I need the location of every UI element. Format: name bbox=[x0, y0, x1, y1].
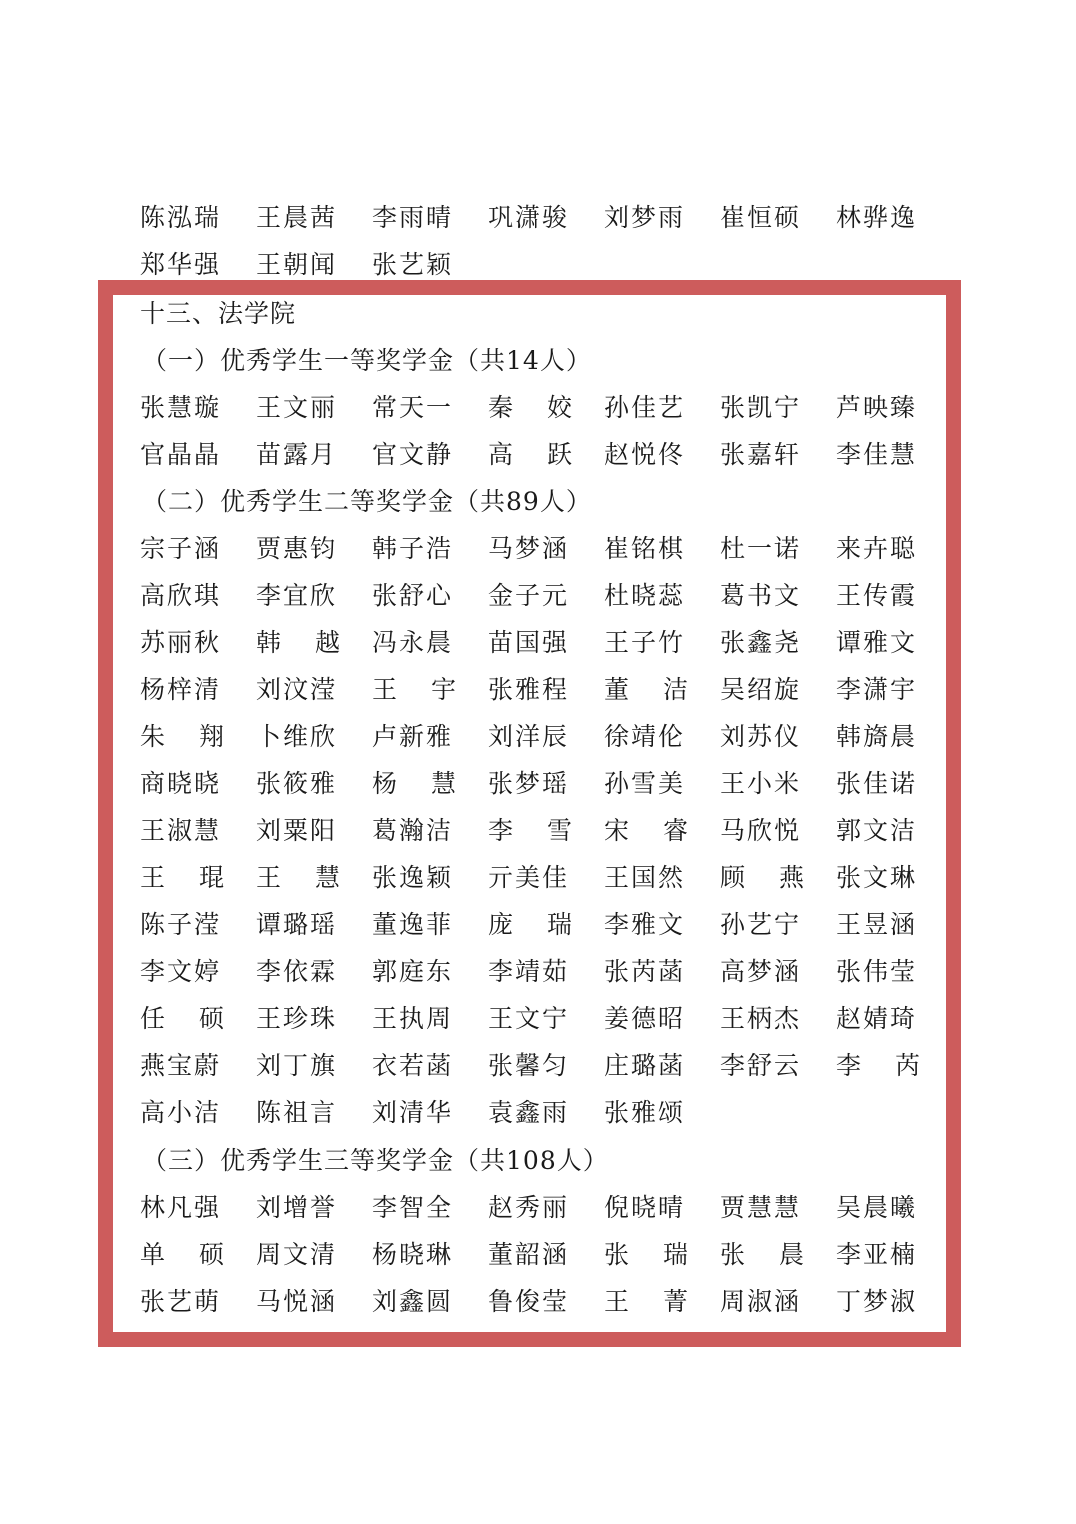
student-name: 卜维欣 bbox=[256, 713, 372, 760]
third-prize-heading: （三）优秀学生三等奖学金（共108人） bbox=[142, 1137, 609, 1184]
student-name: 刘梦雨 bbox=[604, 194, 720, 241]
name-row: 朱翔卜维欣卢新雅刘洋辰徐靖伦刘苏仪韩旖晨 bbox=[140, 713, 952, 760]
student-name: 赵婧琦 bbox=[836, 995, 952, 1042]
student-name: 张嘉轩 bbox=[720, 431, 836, 478]
name-row: 张慧璇王文丽常天一秦姣孙佳艺张凯宁芦映臻 bbox=[140, 384, 952, 431]
student-name: 郭文洁 bbox=[836, 807, 952, 854]
name-row: 宗子涵贾惠钧韩子浩马梦涵崔铭棋杜一诺来卉聪 bbox=[140, 525, 952, 572]
student-name: 苗国强 bbox=[488, 619, 604, 666]
student-name: 张馨匀 bbox=[488, 1042, 604, 1089]
student-name: 杨梓清 bbox=[140, 666, 256, 713]
student-name: 张雅程 bbox=[488, 666, 604, 713]
student-name: 王子竹 bbox=[604, 619, 720, 666]
name-row: 任硕王珍珠王执周王文宁姜德昭王柄杰赵婧琦 bbox=[140, 995, 952, 1042]
student-name: 李文婷 bbox=[140, 948, 256, 995]
first-prize-heading: （一）优秀学生一等奖学金（共14人） bbox=[142, 337, 592, 384]
student-name: 高梦涵 bbox=[720, 948, 836, 995]
student-name: 董韶涵 bbox=[488, 1231, 604, 1278]
student-name: 李佳慧 bbox=[836, 431, 952, 478]
name-row: 高欣琪李宜欣张舒心金子元杜晓蕊葛书文王传霞 bbox=[140, 572, 952, 619]
name-row: 苏丽秋韩越冯永晨苗国强王子竹张鑫尧谭雅文 bbox=[140, 619, 952, 666]
name-row: 李文婷李依霖郭庭东李靖茹张芮菡高梦涵张伟莹 bbox=[140, 948, 952, 995]
student-name: 李雪 bbox=[488, 807, 572, 854]
prev-section-row-2: 郑华强 王朝闻 张艺颖 bbox=[140, 241, 488, 288]
student-name: 崔恒硕 bbox=[720, 194, 836, 241]
student-name: 刘苏仪 bbox=[720, 713, 836, 760]
student-name: 金子元 bbox=[488, 572, 604, 619]
student-name: 丁梦淑 bbox=[836, 1278, 952, 1325]
student-name: 林凡强 bbox=[140, 1184, 256, 1231]
name-row: 单硕周文清杨晓琳董韶涵张瑞张晨李亚楠 bbox=[140, 1231, 952, 1278]
student-name: 张凯宁 bbox=[720, 384, 836, 431]
student-name: 冯永晨 bbox=[372, 619, 488, 666]
student-name: 董洁 bbox=[604, 666, 688, 713]
student-name: 葛书文 bbox=[720, 572, 836, 619]
name-row: 王淑慧刘粟阳葛瀚洁李雪宋睿马欣悦郭文洁 bbox=[140, 807, 952, 854]
name-row: 官晶晶苗露月官文静高跃赵悦佟张嘉轩李佳慧 bbox=[140, 431, 952, 478]
student-name: 张芮菡 bbox=[604, 948, 720, 995]
student-name: 秦姣 bbox=[488, 384, 572, 431]
student-name: 陈祖言 bbox=[256, 1089, 372, 1136]
student-name: 李雅文 bbox=[604, 901, 720, 948]
student-name: 李智全 bbox=[372, 1184, 488, 1231]
student-name: 苏丽秋 bbox=[140, 619, 256, 666]
student-name: 林骅逸 bbox=[836, 194, 952, 241]
name-row: 陈子滢谭璐瑶董逸菲庞瑞李雅文孙艺宁王昱涵 bbox=[140, 901, 952, 948]
student-name: 孙艺宁 bbox=[720, 901, 836, 948]
student-name: 衣若菡 bbox=[372, 1042, 488, 1089]
name-row: 燕宝蔚刘丁旗衣若菡张馨匀庄璐菡李舒云李芮 bbox=[140, 1042, 952, 1089]
student-name: 王宇 bbox=[372, 666, 456, 713]
document-page: 陈泓瑞 王晨茜 李雨晴 巩潇骏 刘梦雨 崔恒硕 林骅逸 郑华强 王朝闻 张艺颖 … bbox=[0, 0, 1076, 1524]
student-name: 郑华强 bbox=[140, 241, 256, 288]
name-row: 高小洁陈祖言刘清华袁鑫雨张雅颂 bbox=[140, 1089, 720, 1136]
student-name: 葛瀚洁 bbox=[372, 807, 488, 854]
student-name: 袁鑫雨 bbox=[488, 1089, 604, 1136]
student-name: 周淑涵 bbox=[720, 1278, 836, 1325]
student-name: 官文静 bbox=[372, 431, 488, 478]
student-name: 李芮 bbox=[836, 1042, 920, 1089]
student-name: 韩旖晨 bbox=[836, 713, 952, 760]
student-name: 李潇宇 bbox=[836, 666, 952, 713]
student-name: 卢新雅 bbox=[372, 713, 488, 760]
student-name: 官晶晶 bbox=[140, 431, 256, 478]
student-name: 宗子涵 bbox=[140, 525, 256, 572]
name-row: 杨梓清刘汶滢王宇张雅程董洁吴绍旋李潇宇 bbox=[140, 666, 952, 713]
student-name: 张慧璇 bbox=[140, 384, 256, 431]
student-name: 赵悦佟 bbox=[604, 431, 720, 478]
student-name: 王珍珠 bbox=[256, 995, 372, 1042]
student-name: 贾慧慧 bbox=[720, 1184, 836, 1231]
student-name: 王柄杰 bbox=[720, 995, 836, 1042]
student-name: 张梦瑶 bbox=[488, 760, 604, 807]
student-name: 张佳诺 bbox=[836, 760, 952, 807]
student-name: 庞瑞 bbox=[488, 901, 572, 948]
student-name: 张晨 bbox=[720, 1231, 804, 1278]
student-name: 孙雪美 bbox=[604, 760, 720, 807]
student-name: 张雅颂 bbox=[604, 1089, 720, 1136]
student-name: 李舒云 bbox=[720, 1042, 836, 1089]
student-name: 韩越 bbox=[256, 619, 340, 666]
student-name: 张舒心 bbox=[372, 572, 488, 619]
student-name: 董逸菲 bbox=[372, 901, 488, 948]
name-row: 林凡强刘增誉李智全赵秀丽倪晓晴贾慧慧吴晨曦 bbox=[140, 1184, 952, 1231]
student-name: 来卉聪 bbox=[836, 525, 952, 572]
student-name: 王文丽 bbox=[256, 384, 372, 431]
student-name: 张艺萌 bbox=[140, 1278, 256, 1325]
student-name: 韩子浩 bbox=[372, 525, 488, 572]
student-name: 张瑞 bbox=[604, 1231, 688, 1278]
student-name: 宋睿 bbox=[604, 807, 688, 854]
student-name: 王朝闻 bbox=[256, 241, 372, 288]
student-name: 马欣悦 bbox=[720, 807, 836, 854]
student-name: 王慧 bbox=[256, 854, 340, 901]
student-name: 张筱雅 bbox=[256, 760, 372, 807]
student-name: 李靖茹 bbox=[488, 948, 604, 995]
student-name: 王淑慧 bbox=[140, 807, 256, 854]
student-name: 马梦涵 bbox=[488, 525, 604, 572]
student-name: 张伟莹 bbox=[836, 948, 952, 995]
student-name: 李依霖 bbox=[256, 948, 372, 995]
student-name: 王晨茜 bbox=[256, 194, 372, 241]
name-row: 商晓晓张筱雅杨慧张梦瑶孙雪美王小米张佳诺 bbox=[140, 760, 952, 807]
student-name: 王昱涵 bbox=[836, 901, 952, 948]
student-name: 刘增誉 bbox=[256, 1184, 372, 1231]
student-name: 顾燕 bbox=[720, 854, 804, 901]
student-name: 李亚楠 bbox=[836, 1231, 952, 1278]
student-name: 商晓晓 bbox=[140, 760, 256, 807]
section-title: 十三、法学院 bbox=[140, 290, 296, 337]
student-name: 刘鑫圆 bbox=[372, 1278, 488, 1325]
student-name: 庄璐菡 bbox=[604, 1042, 720, 1089]
prev-section-row-1: 陈泓瑞 王晨茜 李雨晴 巩潇骏 刘梦雨 崔恒硕 林骅逸 bbox=[140, 194, 952, 241]
student-name: 王小米 bbox=[720, 760, 836, 807]
student-name: 崔铭棋 bbox=[604, 525, 720, 572]
student-name: 李宜欣 bbox=[256, 572, 372, 619]
student-name: 王传霞 bbox=[836, 572, 952, 619]
second-prize-heading: （二）优秀学生二等奖学金（共89人） bbox=[142, 478, 592, 525]
student-name: 杨晓琳 bbox=[372, 1231, 488, 1278]
student-name: 王文宁 bbox=[488, 995, 604, 1042]
student-name: 鲁俊莹 bbox=[488, 1278, 604, 1325]
student-name: 刘清华 bbox=[372, 1089, 488, 1136]
student-name: 张文琳 bbox=[836, 854, 952, 901]
student-name: 王菁 bbox=[604, 1278, 688, 1325]
student-name: 孙佳艺 bbox=[604, 384, 720, 431]
student-name: 张鑫尧 bbox=[720, 619, 836, 666]
student-name: 巩潇骏 bbox=[488, 194, 604, 241]
student-name: 高小洁 bbox=[140, 1089, 256, 1136]
name-row: 张艺萌马悦涵刘鑫圆鲁俊莹王菁周淑涵丁梦淑 bbox=[140, 1278, 952, 1325]
name-row: 王琨王慧张逸颖亓美佳王国然顾燕张文琳 bbox=[140, 854, 952, 901]
student-name: 陈泓瑞 bbox=[140, 194, 256, 241]
student-name: 苗露月 bbox=[256, 431, 372, 478]
student-name: 刘汶滢 bbox=[256, 666, 372, 713]
student-name: 倪晓晴 bbox=[604, 1184, 720, 1231]
student-name: 刘洋辰 bbox=[488, 713, 604, 760]
student-name: 常天一 bbox=[372, 384, 488, 431]
student-name: 张艺颖 bbox=[372, 241, 488, 288]
student-name: 谭雅文 bbox=[836, 619, 952, 666]
student-name: 李雨晴 bbox=[372, 194, 488, 241]
student-name: 王琨 bbox=[140, 854, 224, 901]
student-name: 刘丁旗 bbox=[256, 1042, 372, 1089]
student-name: 张逸颖 bbox=[372, 854, 488, 901]
student-name: 徐靖伦 bbox=[604, 713, 720, 760]
student-name: 王执周 bbox=[372, 995, 488, 1042]
student-name: 吴晨曦 bbox=[836, 1184, 952, 1231]
student-name: 赵秀丽 bbox=[488, 1184, 604, 1231]
student-name: 王国然 bbox=[604, 854, 720, 901]
student-name: 杜晓蕊 bbox=[604, 572, 720, 619]
student-name: 刘粟阳 bbox=[256, 807, 372, 854]
student-name: 周文清 bbox=[256, 1231, 372, 1278]
student-name: 朱翔 bbox=[140, 713, 224, 760]
student-name: 马悦涵 bbox=[256, 1278, 372, 1325]
student-name: 芦映臻 bbox=[836, 384, 952, 431]
student-name: 高跃 bbox=[488, 431, 572, 478]
student-name: 郭庭东 bbox=[372, 948, 488, 995]
student-name: 姜德昭 bbox=[604, 995, 720, 1042]
student-name: 吴绍旋 bbox=[720, 666, 836, 713]
student-name: 单硕 bbox=[140, 1231, 224, 1278]
student-name: 贾惠钧 bbox=[256, 525, 372, 572]
student-name: 陈子滢 bbox=[140, 901, 256, 948]
student-name: 亓美佳 bbox=[488, 854, 604, 901]
student-name: 燕宝蔚 bbox=[140, 1042, 256, 1089]
student-name: 高欣琪 bbox=[140, 572, 256, 619]
student-name: 任硕 bbox=[140, 995, 224, 1042]
student-name: 杜一诺 bbox=[720, 525, 836, 572]
student-name: 谭璐瑶 bbox=[256, 901, 372, 948]
student-name: 杨慧 bbox=[372, 760, 456, 807]
